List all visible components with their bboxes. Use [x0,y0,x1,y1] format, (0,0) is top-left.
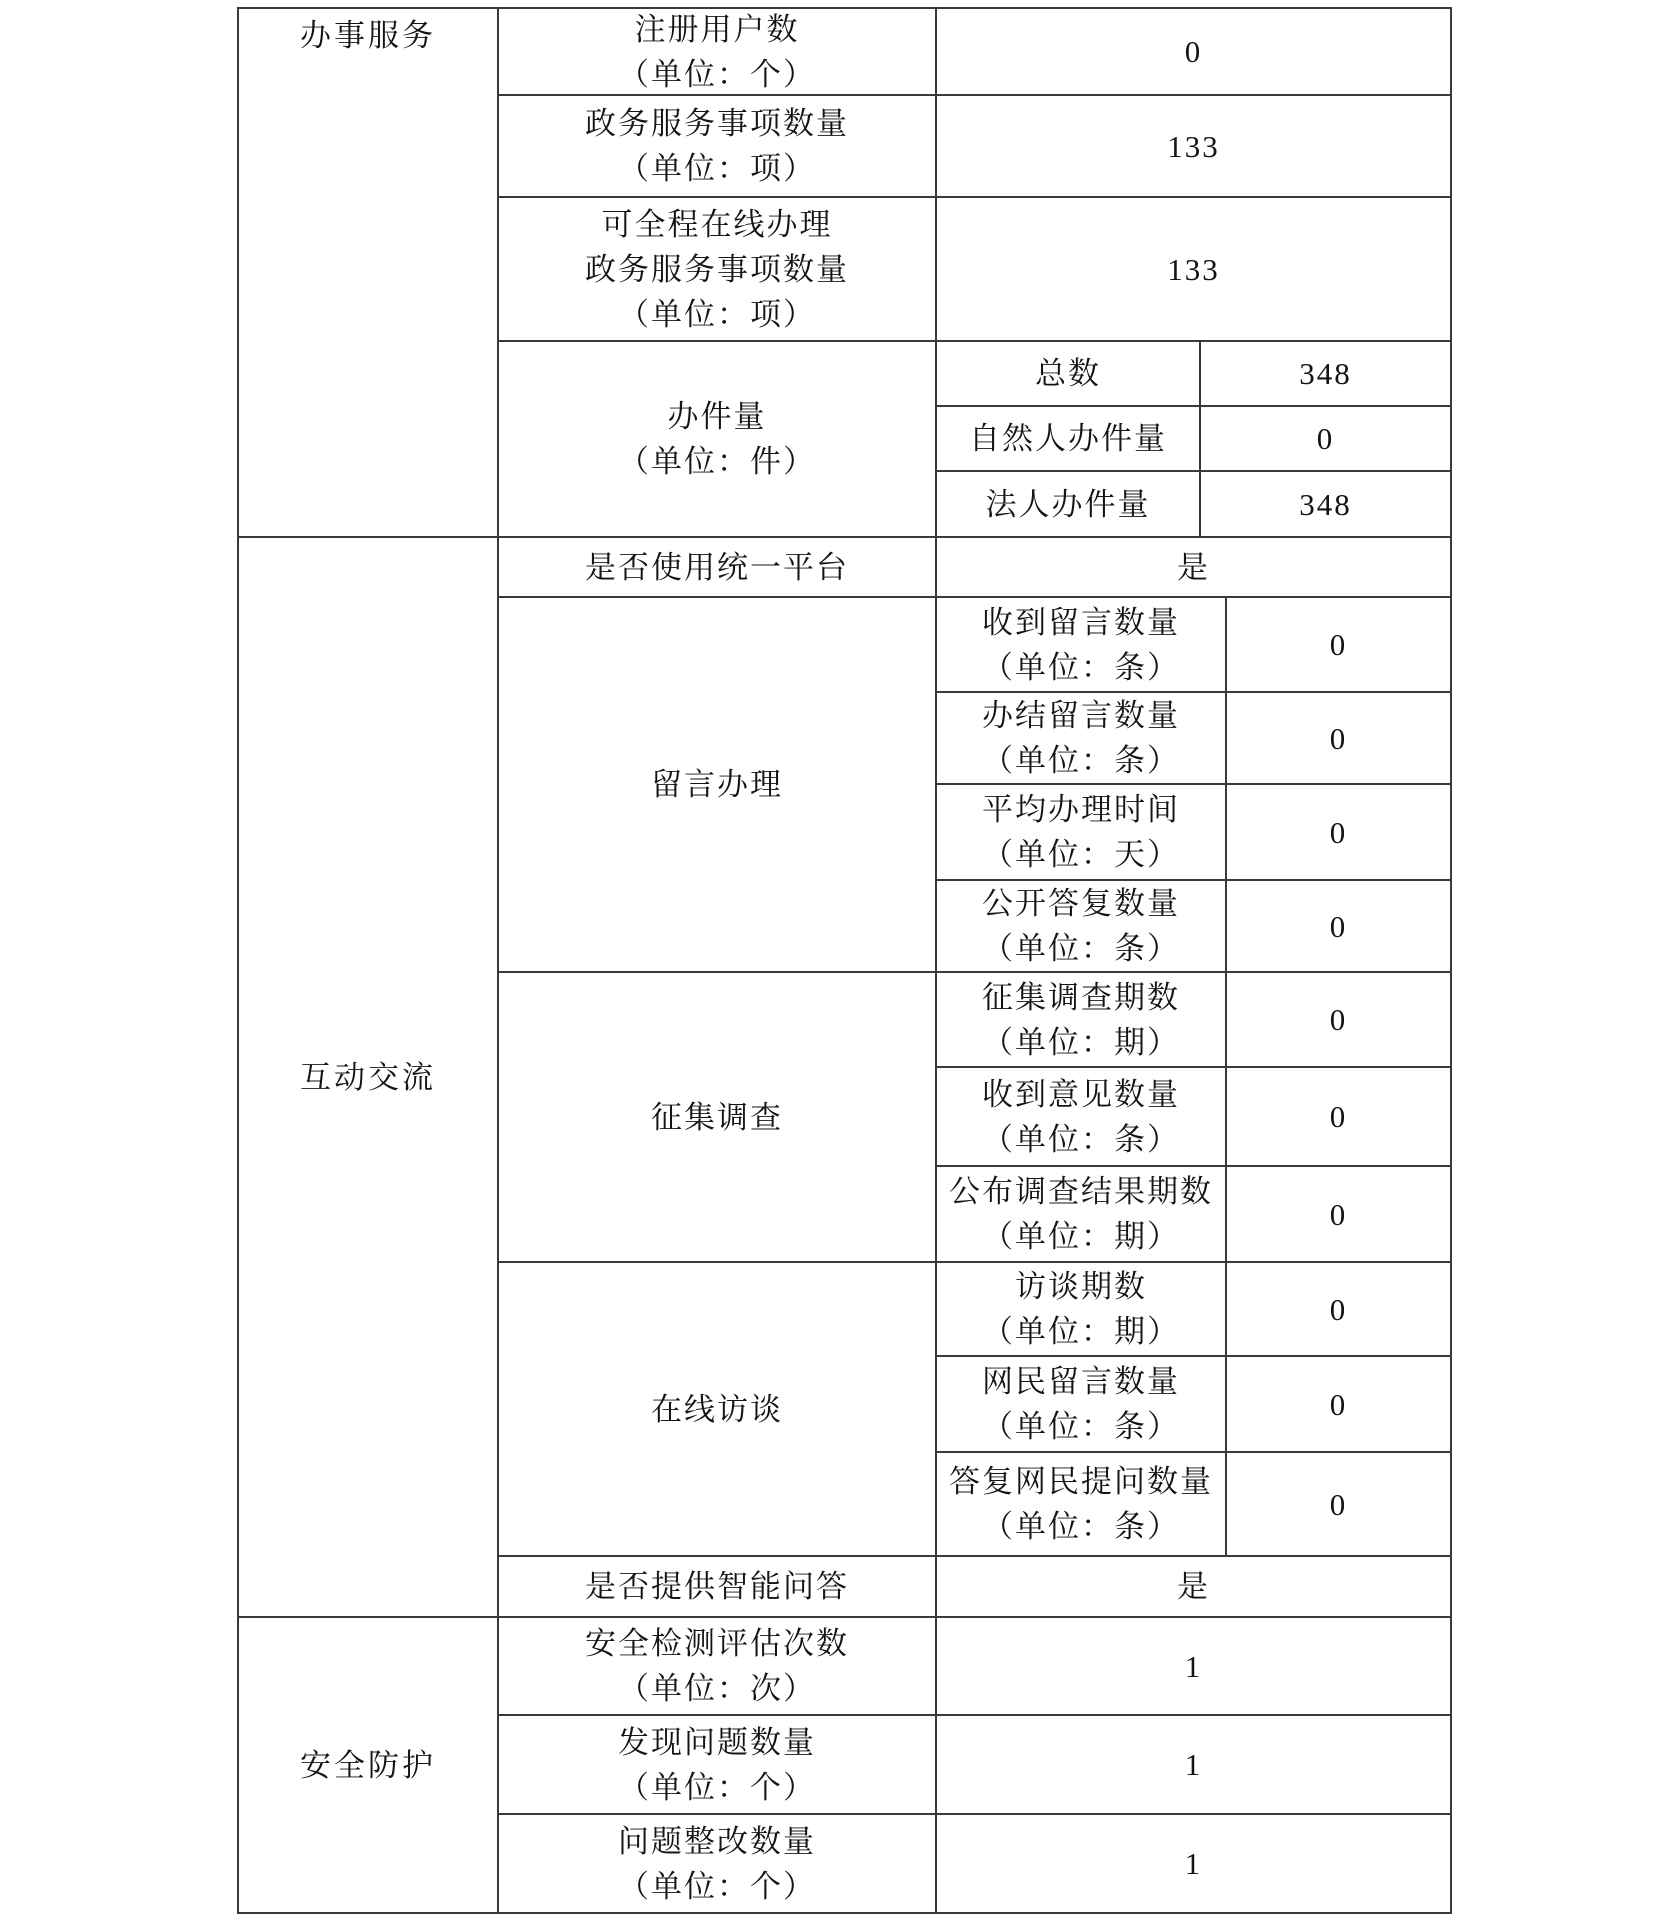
value-text: 133 [1167,247,1220,292]
item-label: 留言办理 [651,762,783,807]
subrow-label: 法人办件量 [986,482,1151,527]
item-cell-registered-users: 注册用户数 （单位：个） [499,9,935,94]
subrow-label: 总数 [1035,351,1101,396]
subrow-label-messages-received: 收到留言数量 （单位：条） [937,598,1225,691]
value-text: 133 [1167,124,1220,169]
subrow-value-avg-handling-time: 0 [1227,785,1450,879]
annual-report-table: 办事服务 互动交流 安全防护 注册用户数 （单位：个） 0 政务服务事项数量 （… [237,7,1452,1914]
item-label: 问题整改数量 [618,1819,816,1864]
subrow-value-legal-person: 348 [1201,472,1450,536]
value-text: 0 [1330,1094,1348,1139]
subrow-value-opinions-received: 0 [1227,1068,1450,1165]
value-cell-online-full-process: 133 [937,198,1450,340]
subrow-value-netizen-messages: 0 [1227,1357,1450,1451]
value-text: 0 [1330,810,1348,855]
value-text: 1 [1185,1742,1203,1787]
subrow-label: 答复网民提问数量 [949,1459,1213,1504]
item-label-line1: 可全程在线办理 [602,202,833,247]
subrow-label-survey-issues: 征集调查期数 （单位：期） [937,973,1225,1066]
subrow-label-avg-handling-time: 平均办理时间 （单位：天） [937,785,1225,879]
category-label: 互动交流 [300,1055,436,1100]
subrow-label: 收到留言数量 [982,600,1180,645]
value-text: 是 [1177,545,1210,590]
item-unit: （单位：件） [618,439,816,484]
item-label: 安全检测评估次数 [585,1621,849,1666]
value-text: 0 [1330,1287,1348,1332]
subrow-label-messages-completed: 办结留言数量 （单位：条） [937,693,1225,783]
value-text: 1 [1185,1644,1203,1689]
item-unit: （单位：项） [618,146,816,191]
subrow-unit: （单位：条） [982,738,1180,783]
subrow-label-total: 总数 [937,342,1199,405]
value-text: 0 [1330,622,1348,667]
subrow-unit: （单位：期） [982,1020,1180,1065]
item-cell-service-items: 政务服务事项数量 （单位：项） [499,96,935,196]
item-cell-security-assessments: 安全检测评估次数 （单位：次） [499,1618,935,1714]
item-label: 在线访谈 [651,1387,783,1432]
subrow-label: 收到意见数量 [982,1072,1180,1117]
subrow-value-messages-received: 0 [1227,598,1450,691]
subrow-label-opinions-received: 收到意见数量 （单位：条） [937,1068,1225,1165]
item-label: 政务服务事项数量 [585,101,849,146]
subrow-unit: （单位：天） [982,832,1180,877]
item-cell-problems-found: 发现问题数量 （单位：个） [499,1716,935,1813]
item-cell-survey: 征集调查 [499,973,935,1261]
value-cell-unified-platform: 是 [937,538,1450,596]
subrow-unit: （单位：期） [982,1214,1180,1259]
subrow-label-legal-person: 法人办件量 [937,472,1199,536]
subrow-label: 公布调查结果期数 [949,1169,1213,1214]
item-cell-message-handling: 留言办理 [499,598,935,971]
item-cell-online-full-process: 可全程在线办理 政务服务事项数量 （单位：项） [499,198,935,340]
subrow-value-interview-issues: 0 [1227,1263,1450,1355]
subrow-label: 办结留言数量 [982,693,1180,738]
subrow-unit: （单位：期） [982,1309,1180,1354]
value-cell-security-assessments: 1 [937,1618,1450,1714]
subrow-label: 自然人办件量 [969,416,1167,461]
item-label: 是否使用统一平台 [585,545,849,590]
subrow-value-survey-results-published: 0 [1227,1167,1450,1261]
subrow-label: 征集调查期数 [982,975,1180,1020]
item-cell-online-interview: 在线访谈 [499,1263,935,1555]
item-label: 注册用户数 [635,7,800,52]
value-cell-smart-qa: 是 [937,1557,1450,1616]
category-cell-service: 办事服务 [239,9,497,536]
subrow-label-netizen-questions-answered: 答复网民提问数量 （单位：条） [937,1453,1225,1555]
item-unit: （单位：项） [618,292,816,337]
subrow-label-survey-results-published: 公布调查结果期数 （单位：期） [937,1167,1225,1261]
item-label: 办件量 [668,394,767,439]
value-text: 0 [1330,1192,1348,1237]
item-unit: （单位：次） [618,1666,816,1711]
item-unit: （单位：个） [618,1864,816,1909]
value-text: 0 [1330,904,1348,949]
item-label: 是否提供智能问答 [585,1564,849,1609]
item-label: 征集调查 [651,1095,783,1140]
category-cell-security: 安全防护 [239,1618,497,1912]
subrow-label-netizen-messages: 网民留言数量 （单位：条） [937,1357,1225,1451]
value-text: 348 [1299,482,1352,527]
subrow-value-total: 348 [1201,342,1450,405]
subrow-unit: （单位：条） [982,1404,1180,1449]
subrow-value-netizen-questions-answered: 0 [1227,1453,1450,1555]
value-cell-service-items: 133 [937,96,1450,196]
item-cell-case-volume: 办件量 （单位：件） [499,342,935,536]
value-cell-registered-users: 0 [937,9,1450,94]
value-text: 0 [1330,1482,1348,1527]
subrow-label: 平均办理时间 [982,787,1180,832]
subrow-label-interview-issues: 访谈期数 （单位：期） [937,1263,1225,1355]
subrow-label-public-replies: 公开答复数量 （单位：条） [937,881,1225,971]
value-text: 0 [1330,716,1348,761]
value-text: 是 [1177,1564,1210,1609]
subrow-value-public-replies: 0 [1227,881,1450,971]
subrow-value-natural-person: 0 [1201,407,1450,470]
value-cell-problems-rectified: 1 [937,1815,1450,1912]
subrow-label-natural-person: 自然人办件量 [937,407,1199,470]
category-cell-interaction: 互动交流 [239,538,497,1616]
subrow-value-survey-issues: 0 [1227,973,1450,1066]
value-text: 0 [1185,29,1203,74]
item-cell-smart-qa: 是否提供智能问答 [499,1557,935,1616]
value-text: 0 [1317,416,1335,461]
subrow-unit: （单位：条） [982,1117,1180,1162]
subrow-unit: （单位：条） [982,926,1180,971]
subrow-unit: （单位：条） [982,645,1180,690]
value-text: 0 [1330,1382,1348,1427]
item-label-line2: 政务服务事项数量 [585,247,849,292]
value-text: 348 [1299,351,1352,396]
subrow-label: 公开答复数量 [982,881,1180,926]
item-label: 发现问题数量 [618,1720,816,1765]
item-unit: （单位：个） [618,1765,816,1810]
value-cell-problems-found: 1 [937,1716,1450,1813]
subrow-label: 网民留言数量 [982,1359,1180,1404]
item-cell-unified-platform: 是否使用统一平台 [499,538,935,596]
item-unit: （单位：个） [618,52,816,97]
subrow-value-messages-completed: 0 [1227,693,1450,783]
subrow-unit: （单位：条） [982,1504,1180,1549]
subrow-label: 访谈期数 [1015,1264,1147,1309]
category-label: 安全防护 [300,1743,436,1788]
value-text: 0 [1330,997,1348,1042]
item-cell-problems-rectified: 问题整改数量 （单位：个） [499,1815,935,1912]
value-text: 1 [1185,1841,1203,1886]
category-label: 办事服务 [300,13,436,58]
